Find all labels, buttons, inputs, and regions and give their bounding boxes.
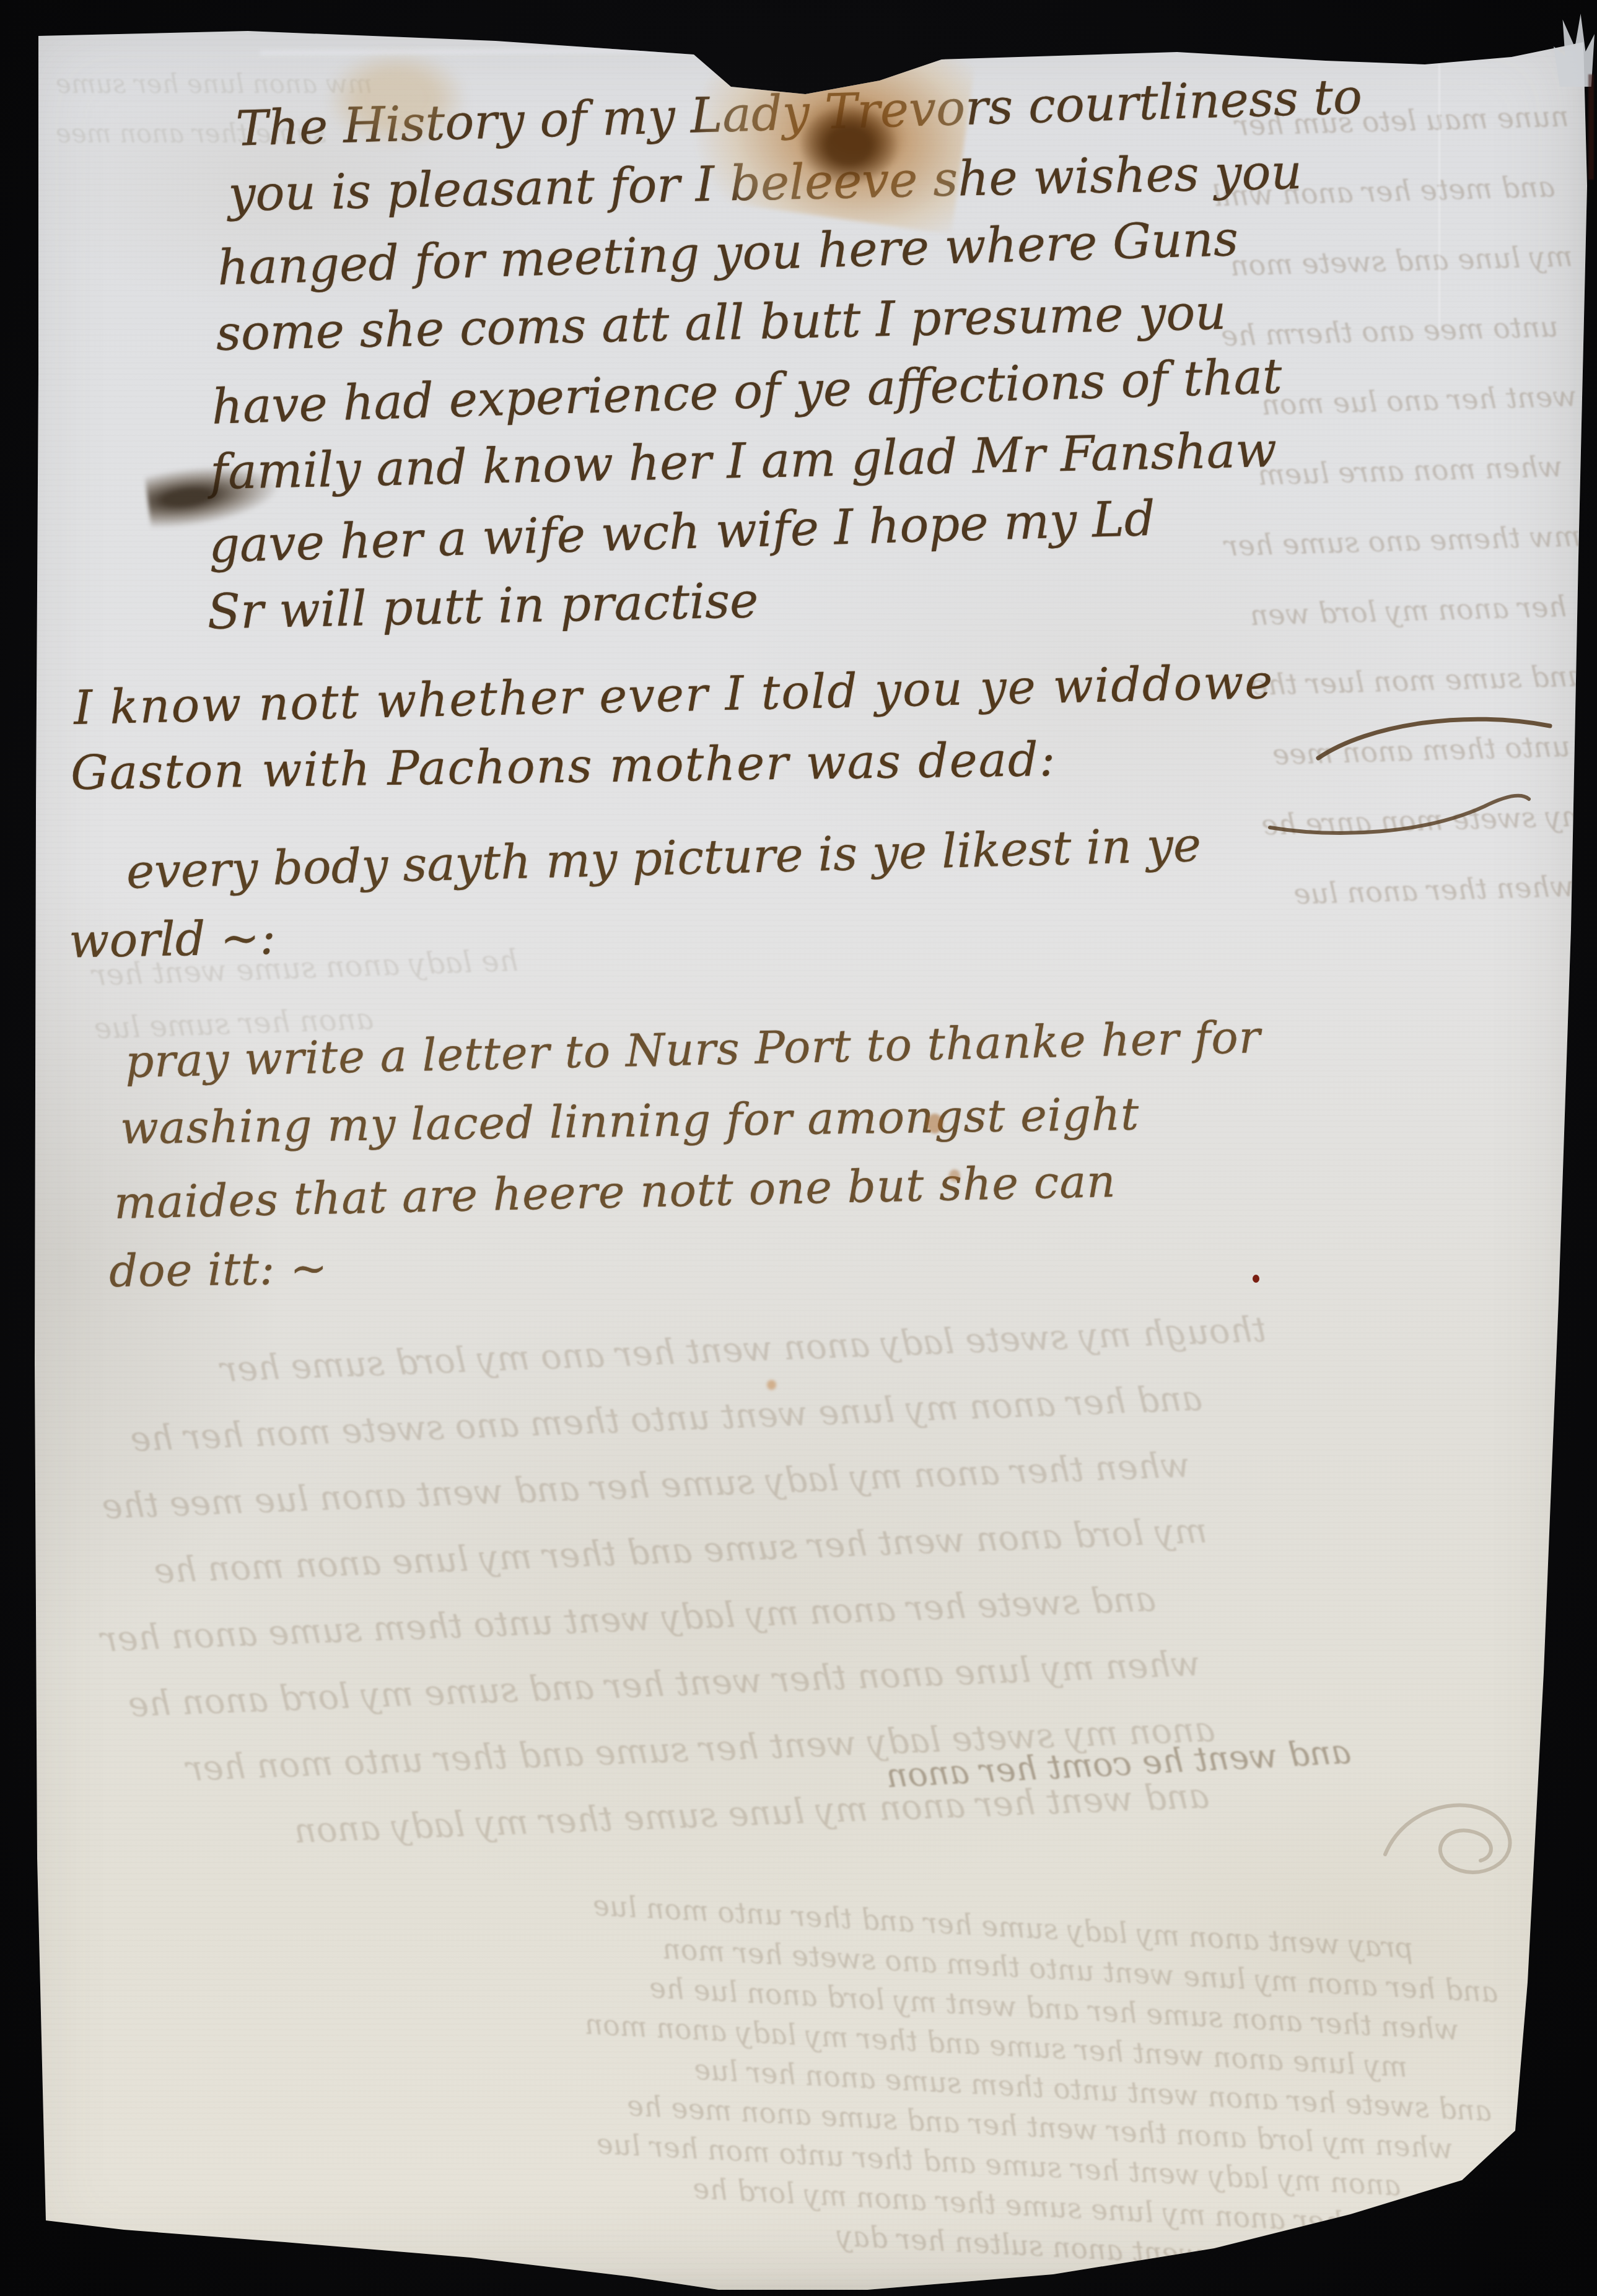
- right-edge-dark-sliver: [1588, 74, 1594, 180]
- letter-line: every body sayth my picture is ye likest…: [126, 810, 1202, 907]
- bleedthrough-bottom-block: pray went anon my lady sume her and ther…: [196, 1866, 1501, 2289]
- manuscript-photo: mw anon lune her sumesume ther anon mee …: [0, 0, 1597, 2296]
- letter-line: I know nott whether ever I told you ye w…: [73, 647, 1274, 743]
- letter-paragraph-4: pray write a letter to Nurs Port to than…: [56, 1004, 1265, 1307]
- letter-paragraph-1: The History of my Lady Trevors courtline…: [160, 64, 1375, 648]
- bleedthrough-middle-block: though my swete lady anon went her ano m…: [71, 1296, 1285, 1872]
- letter-paragraph-2: I know nott whether ever I told you ye w…: [58, 650, 1275, 810]
- bleedthrough-dark-fragment: and went he comt her anon: [885, 1732, 1352, 1795]
- letter-line: world ~:: [68, 902, 276, 977]
- letter-line: doe itt: ~: [108, 1233, 328, 1306]
- bleedthrough-line: anon my lady went her sume and ther unto…: [596, 2124, 1402, 2206]
- bleedthrough-line: and swete her anon went unto them sume a…: [693, 2049, 1493, 2131]
- bleedthrough-line: and her anon my lune went unto them ano …: [662, 1929, 1499, 2012]
- bleedthrough-flourish-scribble: [1374, 1775, 1560, 1911]
- letter-paragraph-3: every body sayth my picture is ye likest…: [58, 812, 1204, 977]
- bleedthrough-line: and went he comt her anon: [885, 1732, 1352, 1795]
- bleedthrough-line: unto them anon mee: [1272, 712, 1572, 790]
- rust-speck: [767, 1380, 776, 1390]
- bleedthrough-line: when ther anon sume her and went my lord…: [649, 1968, 1460, 2049]
- vertical-crease-line: [1438, 64, 1440, 331]
- bleedthrough-line: and went her anon my lune sume ther my l…: [293, 1763, 1210, 1864]
- bleedthrough-line: and went her anon my lune sume ther anon…: [691, 2168, 1487, 2250]
- pen-flourish-after-widdowe: [1313, 699, 1561, 773]
- bleedthrough-line: and swete her anon my lady went unto the…: [100, 1566, 1157, 1672]
- bleedthrough-line: sume and a ther went anon sulten her day: [836, 2215, 1448, 2287]
- bleedthrough-line: anon my swete lady went her sume and the…: [185, 1696, 1217, 1802]
- bleedthrough-line: when my lune anon ther went her and sume…: [127, 1631, 1202, 1738]
- bleedthrough-line: and her anon my lune went unto them ano …: [129, 1365, 1203, 1472]
- pen-flourish-after-dead: [1264, 774, 1536, 861]
- bleedthrough-line: my swete mon anre he: [1261, 781, 1590, 860]
- bleedthrough-line: when ther anon lue: [1293, 852, 1575, 930]
- letter-line: Gaston with Pachons mother was dead:: [70, 725, 1057, 808]
- bleedthrough-line: pray went anon my lady sume her and ther…: [592, 1885, 1415, 1968]
- top-edge-light-sheen: [260, 43, 1313, 55]
- bleedthrough-line: when my lord anon ther went her and sume…: [626, 2085, 1454, 2168]
- bleedthrough-line: my lune anon went her sume and ther my l…: [584, 2004, 1408, 2087]
- bleedthrough-line: my lord anon went her sume and ther my l…: [153, 1498, 1209, 1604]
- bleedthrough-line: though my swete lady anon went her ano m…: [219, 1296, 1267, 1403]
- letter-page: mw anon lune her sumesume ther anon mee …: [0, 0, 1597, 2296]
- bleedthrough-line: and sume mon luer the: [1250, 641, 1586, 720]
- letter-line: Sr will putt in practise: [207, 566, 759, 647]
- bleedthrough-line: when ther anon my lady sume her and went…: [100, 1432, 1191, 1540]
